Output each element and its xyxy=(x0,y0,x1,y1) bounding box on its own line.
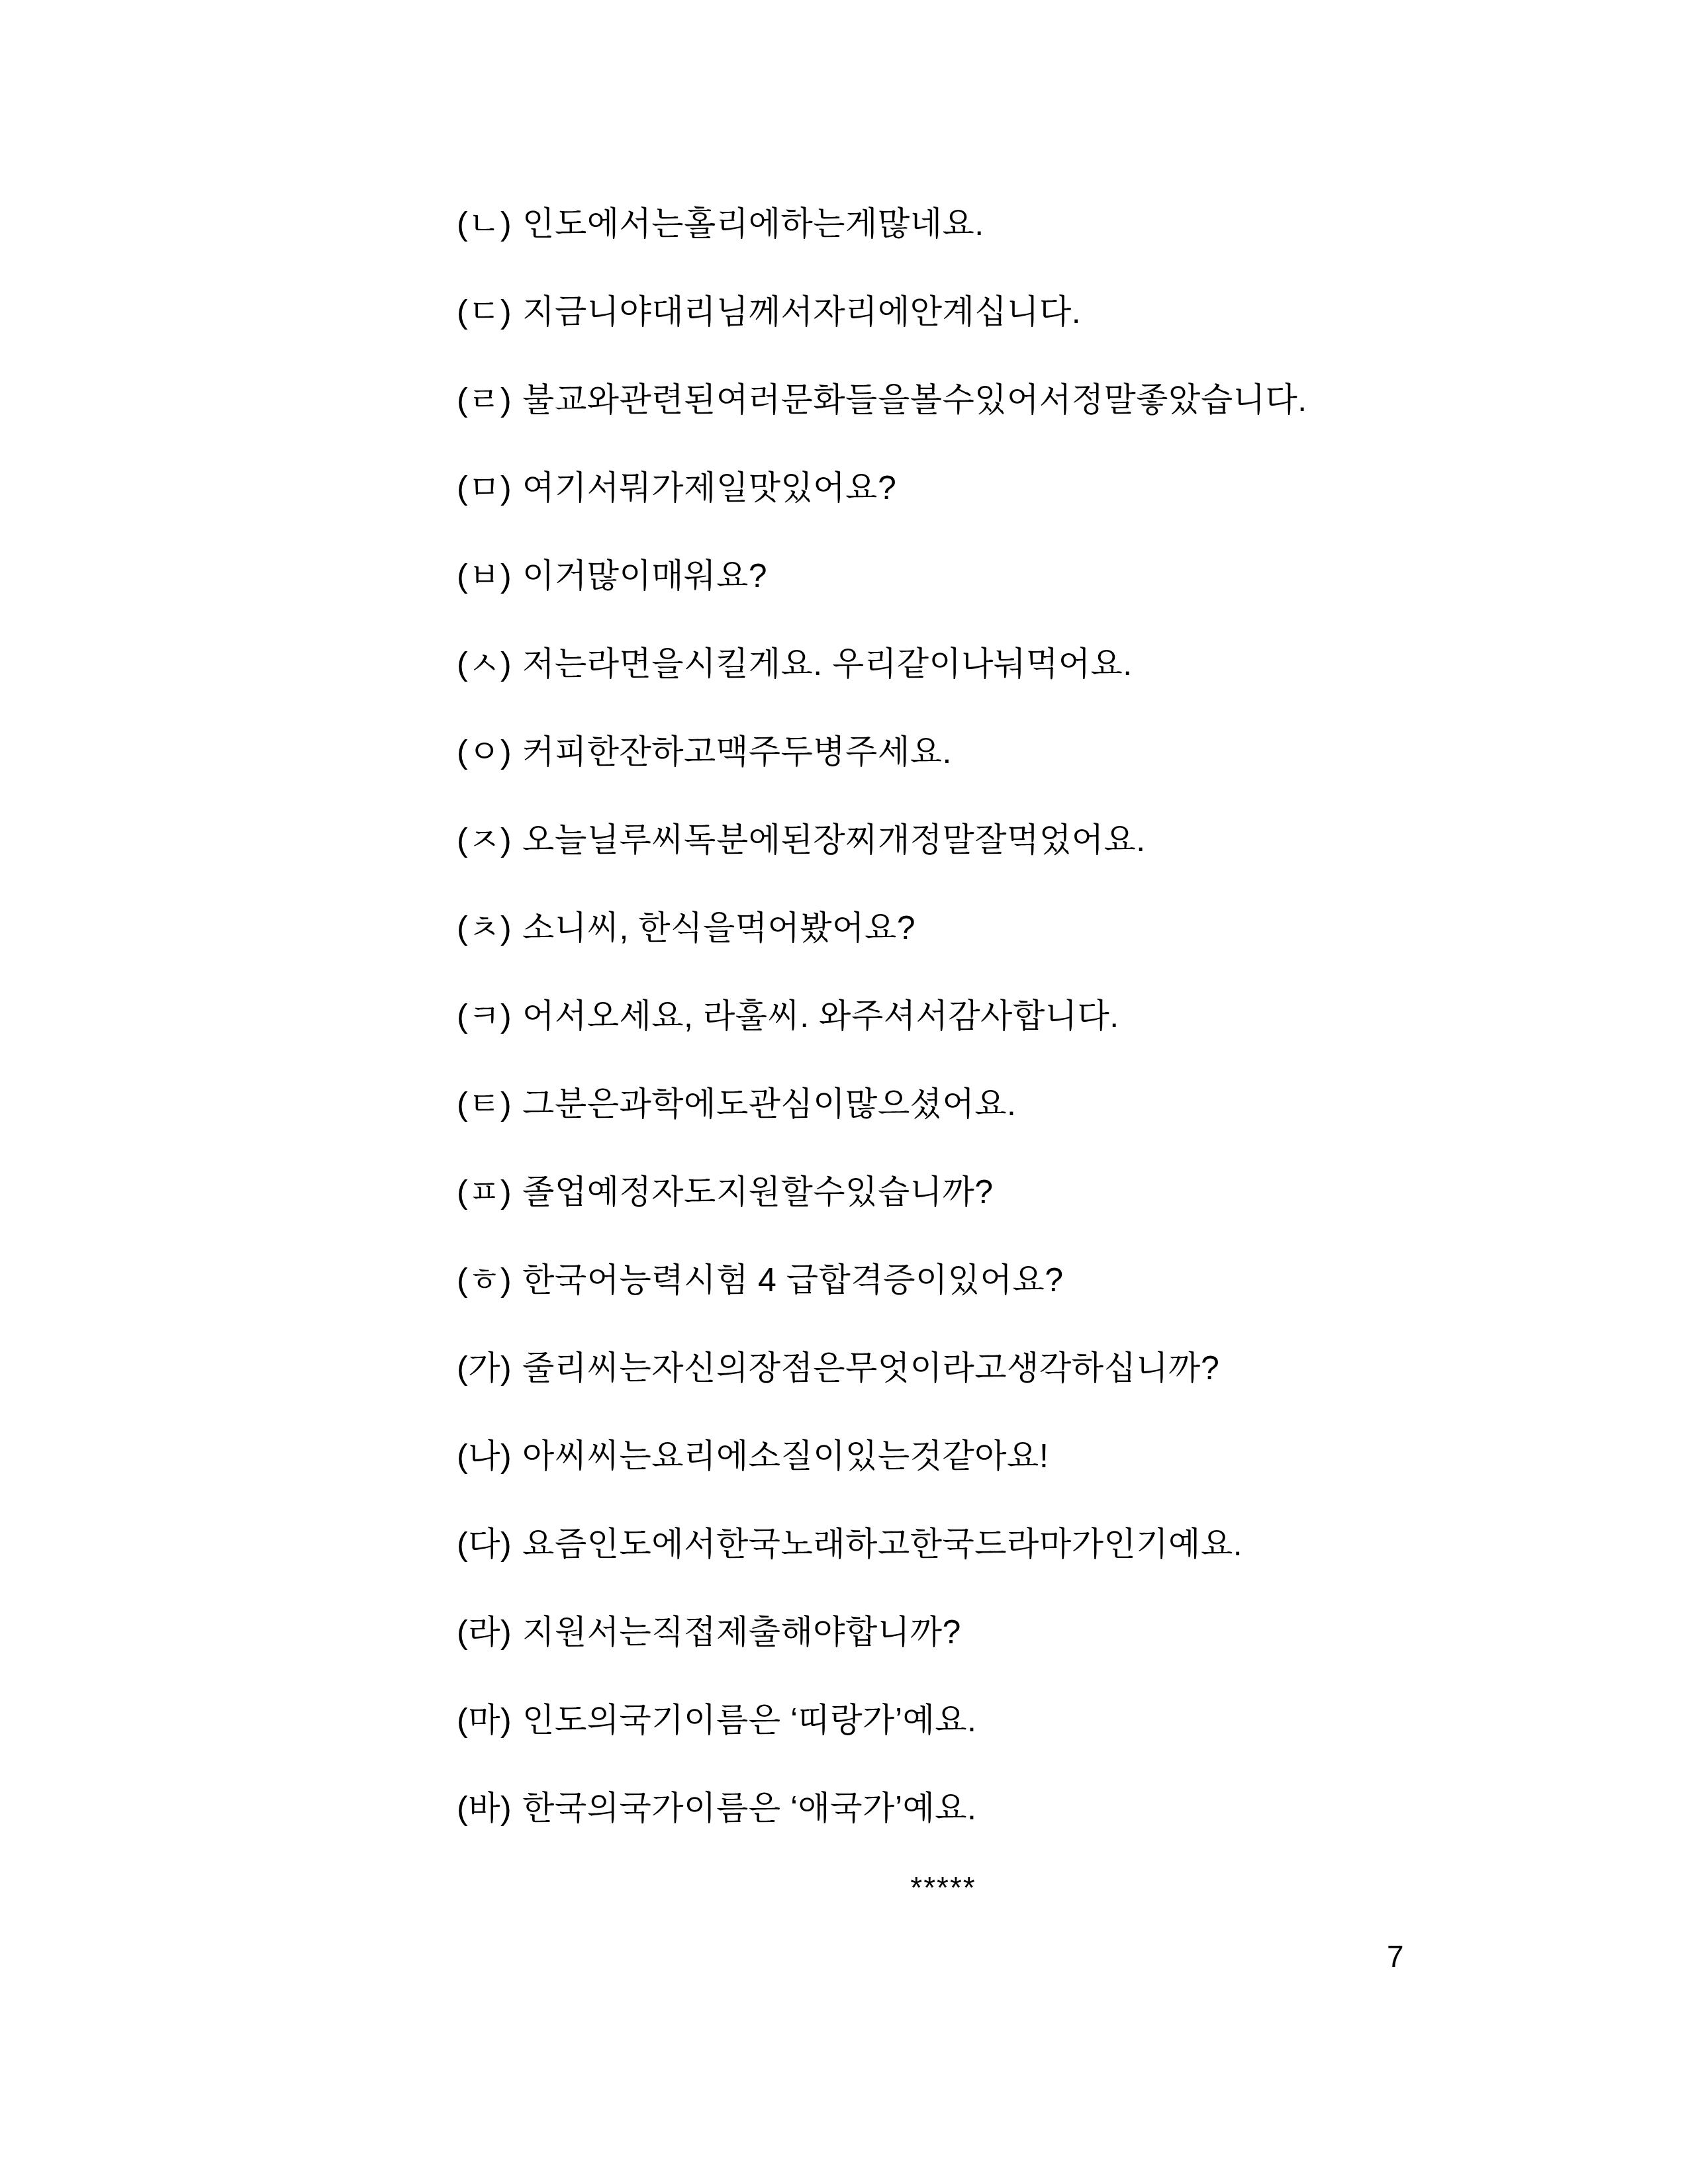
sentence-text: 저는라면을시킬게요. 우리같이나눠먹어요. xyxy=(522,645,1133,682)
sentence-text: 오늘닐루씨독분에된장찌개정말잘먹었어요. xyxy=(522,821,1146,858)
sentence-label: (가) xyxy=(457,1349,512,1387)
sentence-line: (ㄴ)인도에서는홀리에하는게많네요. xyxy=(457,180,1489,268)
sentence-line: (ㅊ)소니씨, 한식을먹어봤어요? xyxy=(457,884,1489,972)
sentence-label: (ㅂ) xyxy=(457,557,512,594)
sentence-label: (ㄴ) xyxy=(457,205,512,242)
sentence-text: 아씨씨는요리에소질이있는것같아요! xyxy=(522,1437,1049,1475)
sentence-text: 지원서는직접제출해야합니까? xyxy=(522,1614,961,1651)
sentence-label: (다) xyxy=(457,1525,512,1563)
sentence-label: (나) xyxy=(457,1437,512,1475)
sentence-text: 요즘인도에서한국노래하고한국드라마가인기예요. xyxy=(522,1525,1243,1563)
sentence-label: (ㅇ) xyxy=(457,733,512,770)
section-separator-stars: ***** xyxy=(457,1868,1430,1907)
sentence-text: 한국의국가이름은 ‘애국가’예요. xyxy=(522,1790,976,1827)
sentence-line: (ㅍ)졸업예정자도지원할수있습니까? xyxy=(457,1148,1489,1236)
sentence-line: (ㅎ)한국어능력시험 4 급합격증이있어요? xyxy=(457,1236,1489,1324)
sentence-text: 소니씨, 한식을먹어봤어요? xyxy=(522,909,915,946)
sentence-text: 커피한잔하고맥주두병주세요. xyxy=(522,733,952,770)
sentence-line: (ㅁ)여기서뭐가제일맛있어요? xyxy=(457,444,1489,532)
sentence-text: 지금니야대리님께서자리에안계십니다. xyxy=(522,293,1081,330)
sentence-label: (ㄹ) xyxy=(457,381,512,418)
sentence-text: 이거많이매워요? xyxy=(522,557,767,594)
sentence-line: (ㅌ)그분은과학에도관심이많으셨어요. xyxy=(457,1060,1489,1148)
sentence-label: (마) xyxy=(457,1702,512,1739)
sentence-label: (ㅌ) xyxy=(457,1085,512,1122)
sentence-line: (ㄷ)지금니야대리님께서자리에안계십니다. xyxy=(457,268,1489,356)
sentence-label: (ㅈ) xyxy=(457,821,512,858)
sentence-line: (라)지원서는직접제출해야합니까? xyxy=(457,1588,1489,1676)
sentence-list: (ㄴ)인도에서는홀리에하는게많네요. (ㄷ)지금니야대리님께서자리에안계십니다.… xyxy=(457,180,1489,1852)
page-number: 7 xyxy=(1387,1938,1404,1975)
sentence-line: (나)아씨씨는요리에소질이있는것같아요! xyxy=(457,1412,1489,1500)
sentence-line: (ㅈ)오늘닐루씨독분에된장찌개정말잘먹었어요. xyxy=(457,796,1489,884)
sentence-text: 줄리씨는자신의장점은무엇이라고생각하십니까? xyxy=(522,1349,1219,1387)
sentence-text: 졸업예정자도지원할수있습니까? xyxy=(522,1173,994,1210)
sentence-label: (바) xyxy=(457,1790,512,1827)
sentence-line: (ㄹ)불교와관련된여러문화들을볼수있어서정말좋았습니다. xyxy=(457,356,1489,444)
sentence-text: 인도에서는홀리에하는게많네요. xyxy=(522,205,984,242)
sentence-line: (ㅇ)커피한잔하고맥주두병주세요. xyxy=(457,708,1489,796)
sentence-label: (ㅊ) xyxy=(457,909,512,946)
sentence-text: 인도의국기이름은 ‘띠랑가’예요. xyxy=(522,1702,976,1739)
sentence-label: (ㅋ) xyxy=(457,997,512,1034)
sentence-label: (ㅁ) xyxy=(457,469,512,506)
sentence-text: 여기서뭐가제일맛있어요? xyxy=(522,469,896,506)
sentence-text: 한국어능력시험 4 급합격증이있어요? xyxy=(522,1261,1063,1298)
sentence-line: (ㅅ)저는라면을시킬게요. 우리같이나눠먹어요. xyxy=(457,620,1489,708)
sentence-label: (ㅍ) xyxy=(457,1173,512,1210)
sentence-label: (ㅎ) xyxy=(457,1261,512,1298)
sentence-line: (마)인도의국기이름은 ‘띠랑가’예요. xyxy=(457,1676,1489,1764)
sentence-label: (라) xyxy=(457,1614,512,1651)
sentence-text: 불교와관련된여러문화들을볼수있어서정말좋았습니다. xyxy=(522,381,1307,418)
sentence-line: (다)요즘인도에서한국노래하고한국드라마가인기예요. xyxy=(457,1500,1489,1588)
sentence-line: (가)줄리씨는자신의장점은무엇이라고생각하십니까? xyxy=(457,1324,1489,1412)
sentence-text: 어서오세요, 라훌씨. 와주셔서감사합니다. xyxy=(522,997,1119,1034)
sentence-label: (ㄷ) xyxy=(457,293,512,330)
sentence-label: (ㅅ) xyxy=(457,645,512,682)
sentence-line: (ㅂ)이거많이매워요? xyxy=(457,532,1489,620)
sentence-text: 그분은과학에도관심이많으셨어요. xyxy=(522,1085,1016,1122)
sentence-line: (ㅋ)어서오세요, 라훌씨. 와주셔서감사합니다. xyxy=(457,972,1489,1060)
sentence-line: (바)한국의국가이름은 ‘애국가’예요. xyxy=(457,1764,1489,1852)
